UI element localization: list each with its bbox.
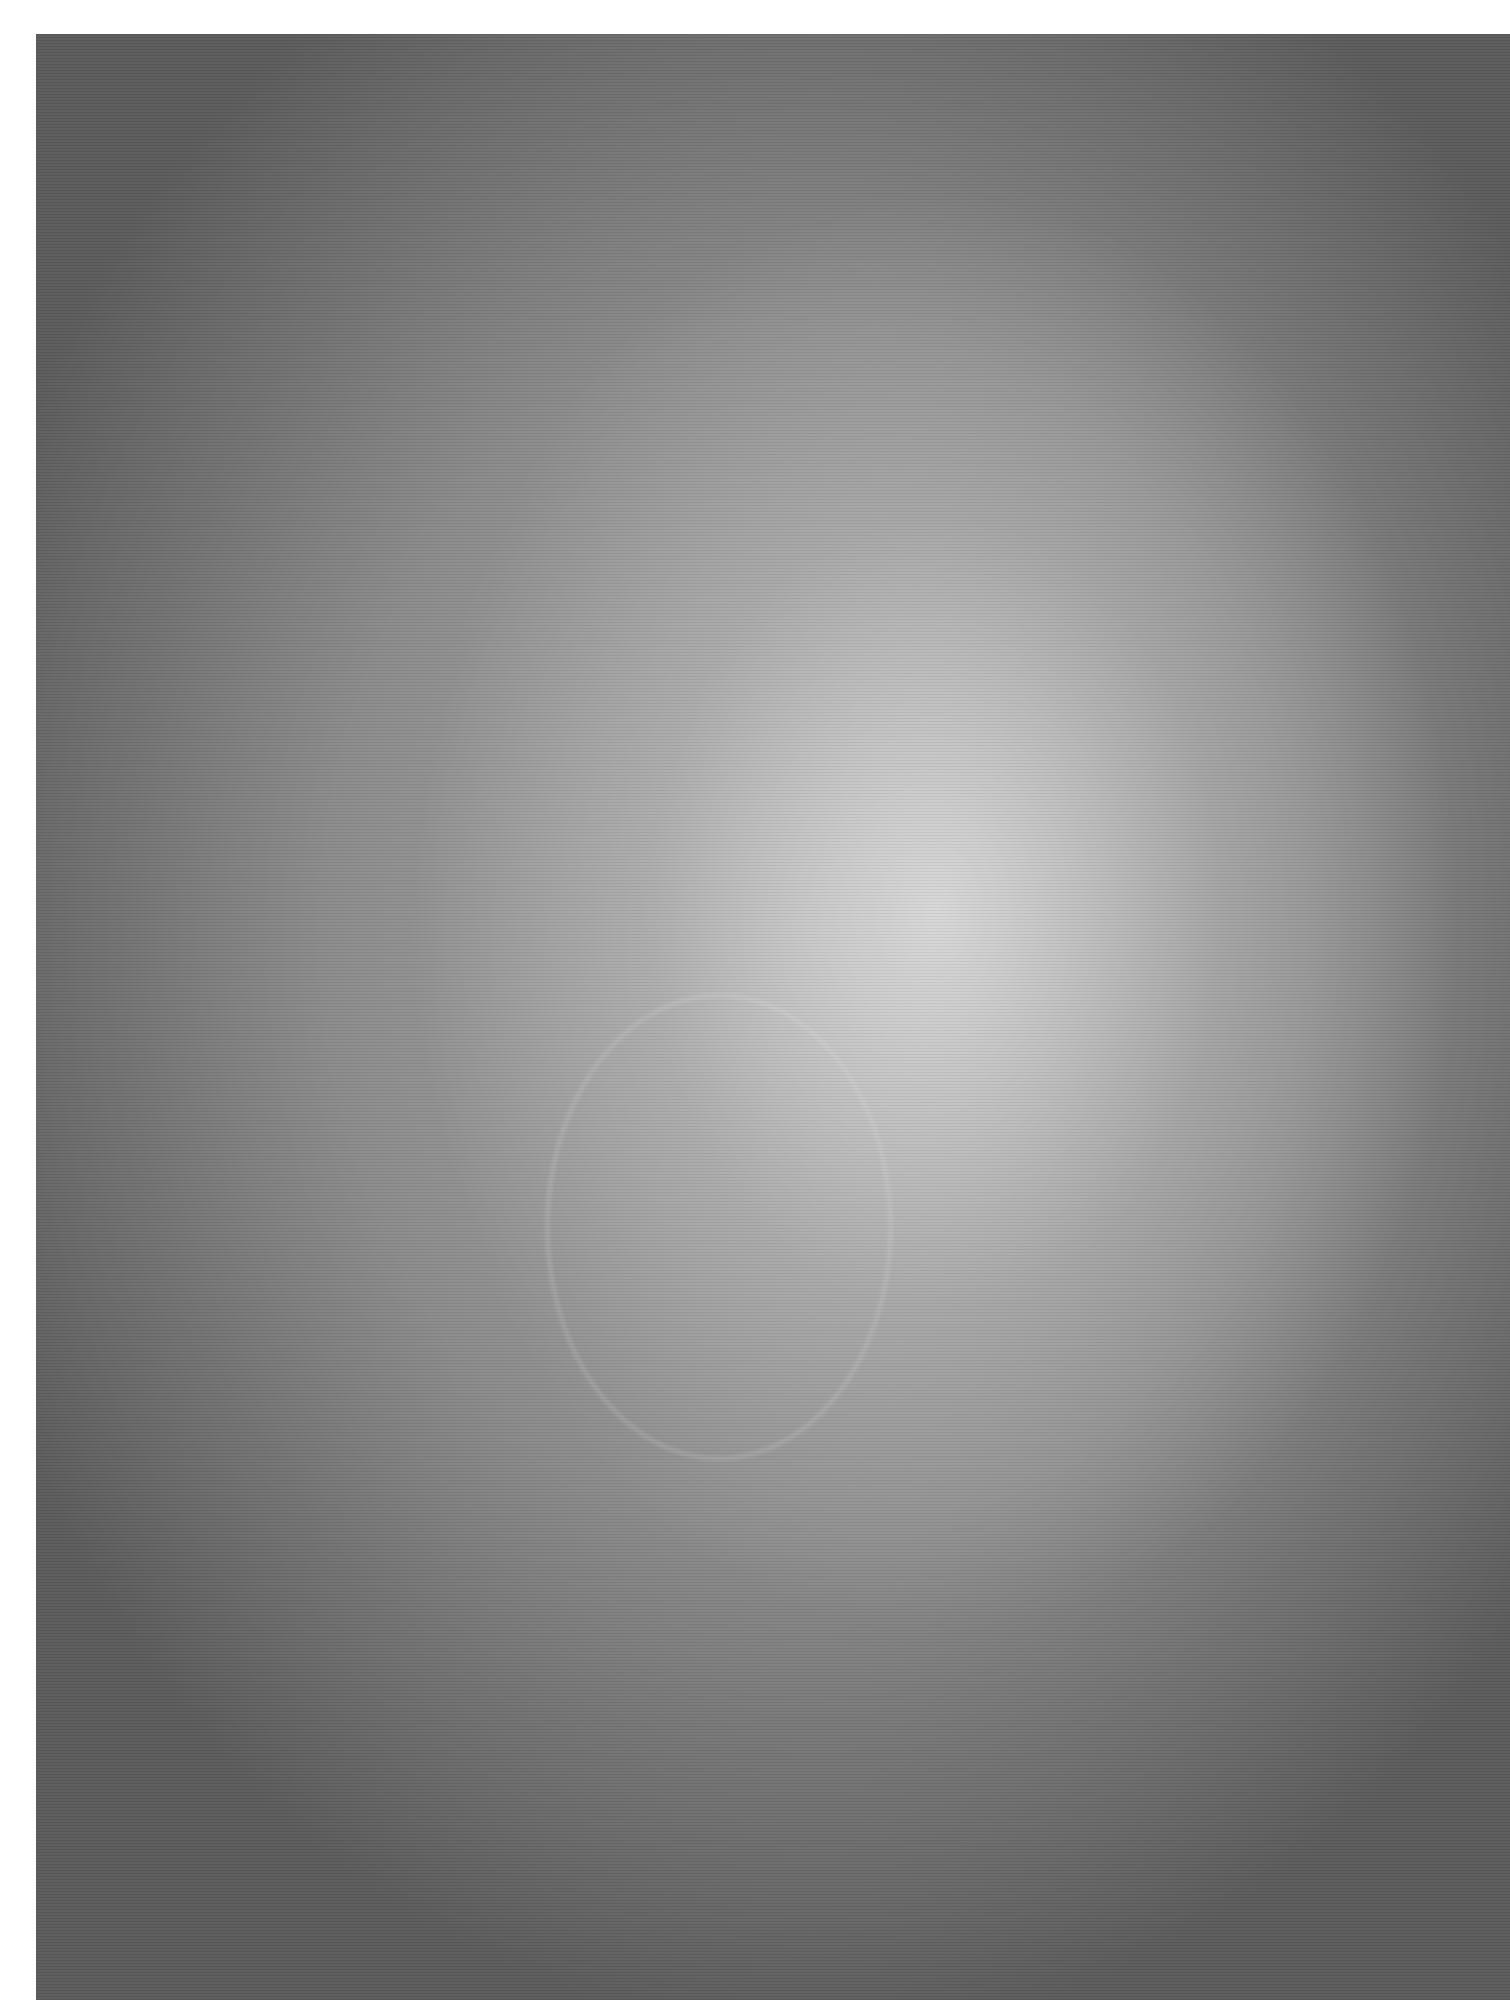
ruler-corner xyxy=(0,0,36,34)
faded-seal-mark xyxy=(546,994,892,1460)
manuscript-plate xyxy=(36,34,1510,2000)
horizontal-ruler xyxy=(0,0,1510,34)
vertical-ruler xyxy=(0,0,36,2000)
